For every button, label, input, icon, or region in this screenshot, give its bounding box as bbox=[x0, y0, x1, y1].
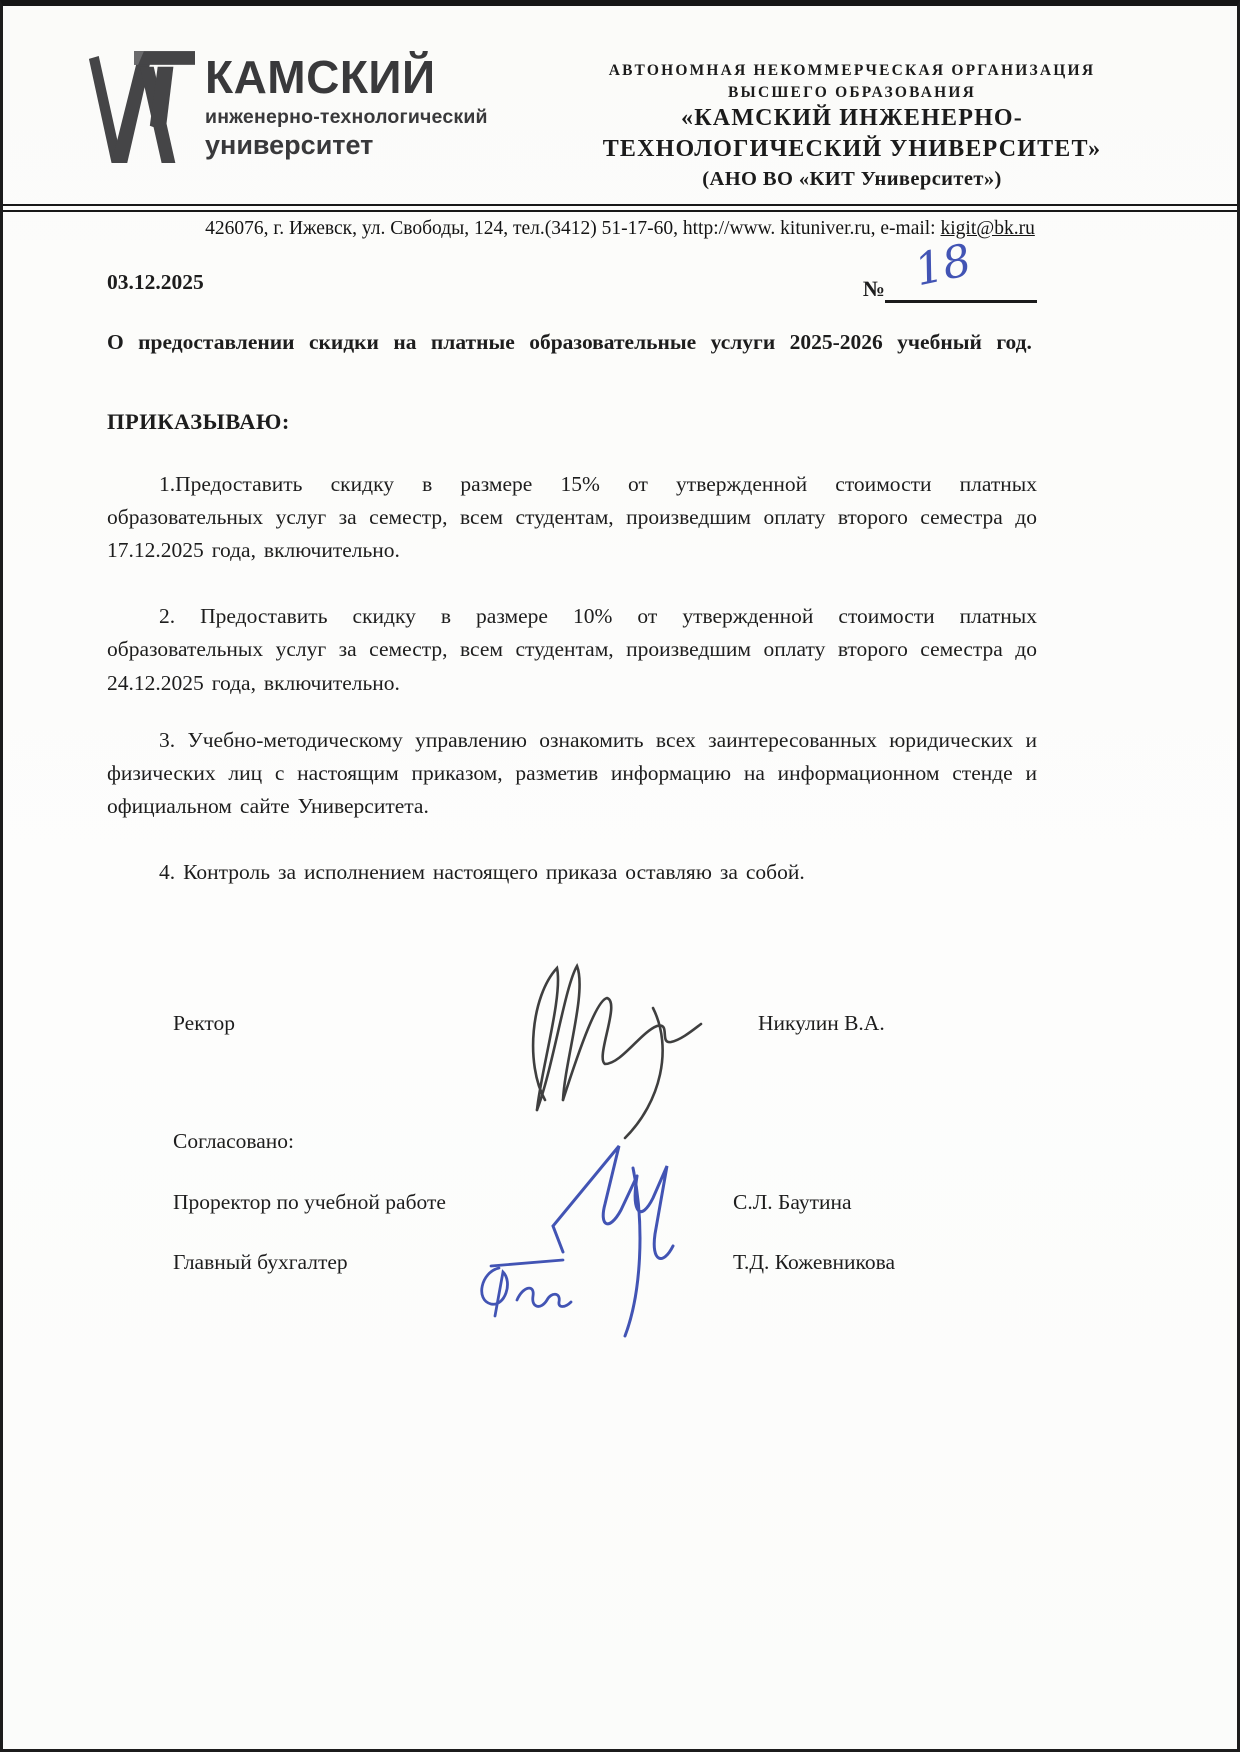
university-logo-mark-icon bbox=[85, 50, 195, 170]
organization-line-4: ТЕХНОЛОГИЧЕСКИЙ УНИВЕРСИТЕТ» bbox=[523, 134, 1181, 165]
organization-line-1: АВТОНОМНАЯ НЕКОММЕРЧЕСКАЯ ОРГАНИЗАЦИЯ bbox=[523, 60, 1181, 82]
document-page: КАМСКИЙ инженерно-технологический универ… bbox=[0, 0, 1240, 1752]
letterhead-divider bbox=[3, 204, 1237, 213]
organization-line-2: ВЫСШЕГО ОБРАЗОВАНИЯ bbox=[523, 82, 1181, 104]
approver-row: Проректор по учебной работе С.Л. Баутина bbox=[107, 1190, 1037, 1222]
approver-title: Проректор по учебной работе bbox=[173, 1190, 446, 1214]
approver-name: Т.Д. Кожевникова bbox=[733, 1250, 895, 1275]
organization-name-block: АВТОНОМНАЯ НЕКОММЕРЧЕСКАЯ ОРГАНИЗАЦИЯ ВЫ… bbox=[523, 60, 1181, 191]
order-subject: О предоставлении скидки на платные образ… bbox=[107, 326, 1037, 359]
order-item-4: 4. Контроль за исполнением настоящего пр… bbox=[107, 856, 1037, 889]
order-heading: ПРИКАЗЫВАЮ: bbox=[107, 409, 1037, 435]
approved-label: Согласовано: bbox=[107, 1129, 1037, 1154]
order-date: 03.12.2025 bbox=[107, 270, 204, 294]
address-text: 426076, г. Ижевск, ул. Свободы, 124, тел… bbox=[205, 218, 940, 239]
order-number-handwritten: 18 bbox=[910, 235, 975, 297]
document-body: 03.12.2025 № 18 О предоставлении скидки … bbox=[3, 270, 1237, 1282]
order-number-label: № bbox=[863, 276, 885, 303]
organization-line-3: «КАМСКИЙ ИНЖЕНЕРНО- bbox=[523, 103, 1181, 134]
letterhead: КАМСКИЙ инженерно-технологический универ… bbox=[85, 50, 1181, 191]
approver-title: Главный бухгалтер bbox=[173, 1250, 348, 1274]
order-item-1: 1.Предоставить скидку в размере 15% от у… bbox=[107, 468, 1037, 567]
logo-subtitle-2: университет bbox=[205, 130, 488, 161]
organization-line-5: (АНО ВО «КИТ Университет») bbox=[523, 168, 1181, 191]
logo-title: КАМСКИЙ bbox=[205, 54, 488, 101]
approver-name: С.Л. Баутина bbox=[733, 1190, 852, 1215]
order-number-line: 18 bbox=[885, 264, 1037, 303]
order-item-2: 2. Предоставить скидку в размере 10% от … bbox=[107, 600, 1037, 699]
rector-signature-row: Ректор Никулин В.А. bbox=[107, 1011, 1037, 1043]
order-number-block: № 18 bbox=[863, 264, 1037, 303]
logo-subtitle-1: инженерно-технологический bbox=[205, 106, 488, 129]
approver-row: Главный бухгалтер Т.Д. Кожевникова bbox=[107, 1250, 1037, 1282]
university-logo-text: КАМСКИЙ инженерно-технологический универ… bbox=[205, 54, 488, 191]
rector-name: Никулин В.А. bbox=[758, 1011, 885, 1036]
order-meta-row: 03.12.2025 № 18 bbox=[107, 270, 1037, 308]
rector-title: Ректор bbox=[173, 1011, 235, 1035]
university-logo: КАМСКИЙ инженерно-технологический универ… bbox=[85, 50, 523, 191]
order-item-3: 3. Учебно-методическому управлению ознак… bbox=[107, 724, 1037, 823]
address-line: 426076, г. Ижевск, ул. Свободы, 124, тел… bbox=[3, 218, 1237, 240]
